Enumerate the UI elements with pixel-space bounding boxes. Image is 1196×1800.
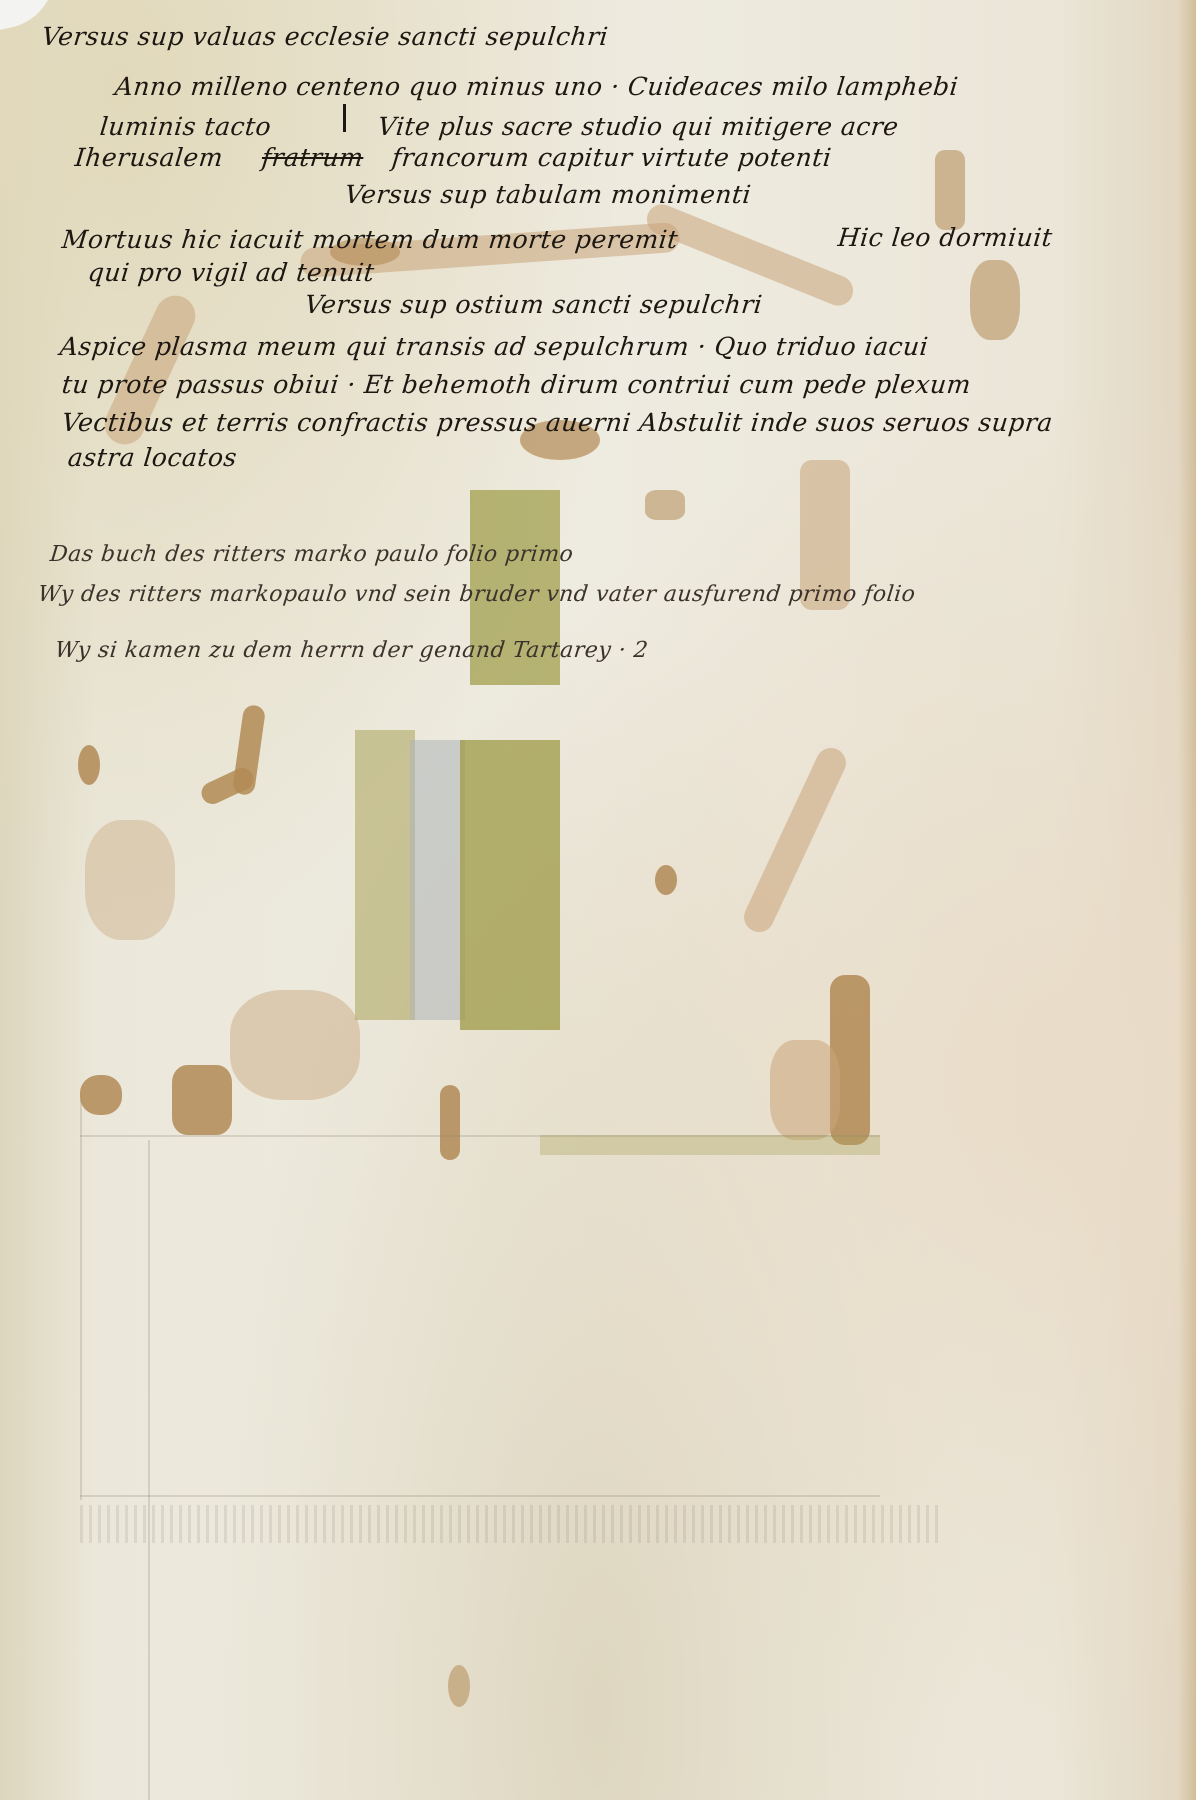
manuscript-page: Versus sup valuas ecclesie sancti sepulc…	[0, 0, 1196, 1800]
heading-tabulam: Versus sup tabulam monimenti	[343, 180, 752, 209]
stain-hook-left-2	[198, 764, 257, 807]
stain-right-blob	[970, 260, 1020, 340]
ghost-frame-inner	[148, 1140, 150, 1800]
verse-1-line-2b: Vite plus sacre studio qui mitigere acre	[376, 112, 900, 141]
ghost-print-line	[80, 1505, 940, 1543]
ghost-frame-top	[80, 1135, 880, 1137]
ghost-frame-bottom	[80, 1495, 880, 1497]
german-note-3: Wy si kamen zu dem herrn der genand Tart…	[54, 638, 650, 663]
stain-bottom-right-2	[770, 1040, 840, 1140]
stain-drip-center	[440, 1085, 460, 1160]
green-band-bottom	[540, 1135, 880, 1155]
stain-lower-dot	[448, 1665, 470, 1707]
stain-bottom-left-2	[172, 1065, 232, 1135]
verse-2-line-1: Mortuus hic iacuit mortem dum morte pere…	[60, 225, 679, 254]
verse-1-line-1: Anno milleno centeno quo minus uno · Cui…	[113, 72, 959, 101]
ghost-frame-left	[80, 1100, 82, 1500]
verse-1-line-3a: Iherusalem	[73, 143, 224, 172]
green-panel-left	[355, 730, 415, 1020]
green-panel-right	[460, 740, 560, 1030]
verse-1-line-2a: luminis tacto	[98, 112, 272, 141]
stain-branch-left	[85, 820, 175, 940]
german-note-1: Das buch des ritters marko paulo folio p…	[49, 542, 575, 567]
verse-3-line-2: tu prote passus obiui · Et behemoth diru…	[60, 370, 972, 399]
verse-divider-mark	[343, 104, 346, 132]
verse-2-line-1b: Hic leo dormiuit	[836, 223, 1053, 252]
verse-1-struck-word: fratrum	[260, 143, 364, 172]
stain-right-column	[935, 150, 965, 230]
verse-3-line-3: Vectibus et terris confractis pressus au…	[60, 408, 1054, 437]
verse-1-line-3b: francorum capitur virtute potenti	[390, 143, 833, 172]
stain-arc-right	[739, 743, 851, 937]
verse-3-line-4: astra locatos	[66, 443, 238, 472]
stain-dot-left	[78, 745, 100, 785]
grey-panel	[410, 740, 465, 1020]
page-edge-shadow	[1178, 0, 1196, 1800]
stain-dot-right	[655, 865, 677, 895]
verse-3-line-1: Aspice plasma meum qui transis ad sepulc…	[58, 332, 929, 361]
stain-cross-top	[645, 490, 685, 520]
stain-fleur-left	[230, 990, 360, 1100]
stain-bottom-left-1	[80, 1075, 122, 1115]
german-note-2: Wy des ritters markopaulo vnd sein brude…	[37, 582, 917, 607]
heading-ostium: Versus sup ostium sancti sepulchri	[303, 290, 763, 319]
verse-2-line-2: qui pro vigil ad tenuit	[86, 258, 376, 287]
heading-valuas: Versus sup valuas ecclesie sancti sepulc…	[40, 22, 609, 51]
